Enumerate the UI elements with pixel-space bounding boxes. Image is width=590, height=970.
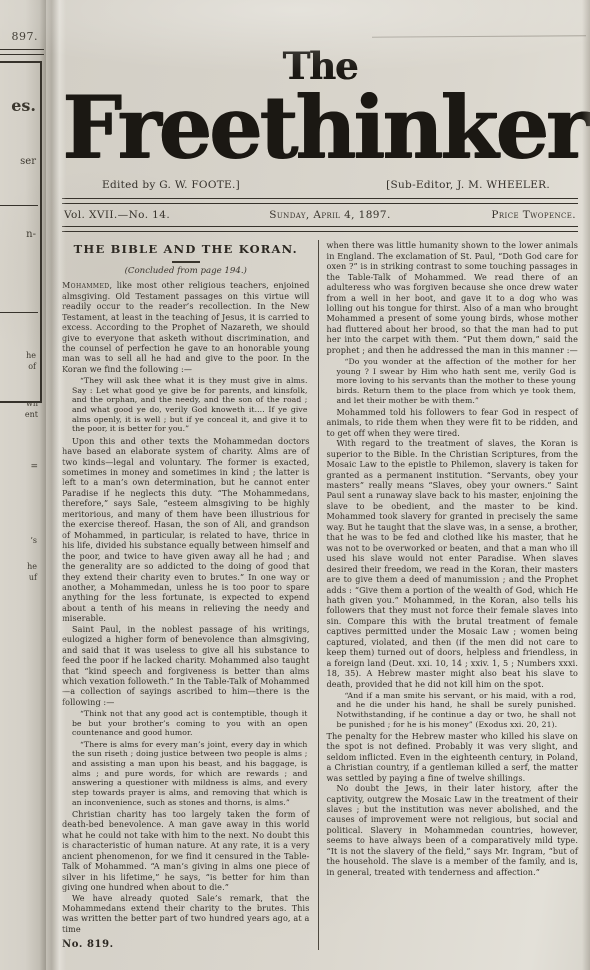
prev-page-fragment: wn	[26, 400, 38, 408]
paragraph: Saint Paul, in the noblest passage of hi…	[62, 624, 310, 708]
lead-word: Mohammed	[62, 280, 109, 290]
prev-page-fragment: he	[27, 563, 37, 571]
dateline-rule	[62, 226, 578, 232]
editors-line: Edited by G. W. FOOTE.] [Sub-Editor, J. …	[102, 179, 550, 191]
paragraph: Mohammed told his followers to fear God …	[327, 407, 579, 438]
paragraph: With regard to the treatment of slaves, …	[327, 438, 579, 689]
edited-by: Edited by G. W. FOOTE.]	[102, 179, 240, 191]
prev-page-fragment: of	[28, 363, 36, 371]
left-column-wrapper: THE BIBLE AND THE KORAN. (Concluded from…	[62, 240, 310, 950]
prev-page-fragment: uf	[29, 574, 37, 582]
volume-number: Vol. XVII.—No. 14.	[64, 209, 214, 221]
blockquote: “Do you wonder at the affection of the m…	[337, 357, 577, 406]
blockquote: “Think not that any good act is contempt…	[72, 709, 308, 738]
prev-page-fragment: ser	[20, 157, 36, 167]
article-subtitle: (Concluded from page 194.)	[62, 266, 310, 276]
right-column-wrapper: when there was little humanity shown to …	[318, 240, 579, 950]
masthead: The Freethinker Edited by G. W. FOOTE.] …	[62, 48, 578, 191]
masthead-rule	[62, 198, 578, 204]
paragraph: Upon this and other texts the Mohammedan…	[62, 436, 310, 624]
sub-editor: [Sub-Editor, J. M. WHEELER.	[386, 179, 550, 191]
paragraph: The penalty for the Hebrew master who ki…	[327, 731, 579, 783]
prev-page-fragment: ent	[25, 411, 38, 419]
paragraph: when there was little humanity shown to …	[327, 240, 579, 355]
issue-date: Sunday, April 4, 1897.	[214, 209, 446, 221]
prev-page-box-divider	[0, 205, 38, 206]
blockquote: “There is alms for every man’s joint, ev…	[72, 740, 308, 808]
prev-page-fragment: =	[30, 463, 38, 472]
prev-page-fragment: ’s	[30, 537, 37, 545]
prev-page-box-divider	[0, 312, 38, 313]
prev-page-fragment: he	[26, 352, 36, 360]
paragraph: No doubt the Jews, in their later histor…	[327, 783, 579, 877]
paragraph: Christian charity has too largely taken …	[62, 809, 310, 893]
issue-number: No. 819.	[62, 939, 310, 950]
prev-page-fragment: 897.	[12, 31, 39, 42]
paragraph: Mohammed, like most other religious teac…	[62, 280, 310, 374]
article-columns: THE BIBLE AND THE KORAN. (Concluded from…	[62, 240, 578, 950]
right-column: when there was little humanity shown to …	[327, 240, 579, 877]
blockquote: “And if a man smite his servant, or his …	[337, 691, 577, 730]
prev-page-fragment: n-	[26, 230, 36, 240]
dateline: Vol. XVII.—No. 14. Sunday, April 4, 1897…	[64, 209, 576, 221]
title-rule	[172, 261, 200, 263]
left-column: Mohammed, like most other religious teac…	[62, 280, 310, 934]
price: Price Twopence.	[446, 209, 576, 221]
blockquote: “They will ask thee what it is they must…	[72, 376, 308, 434]
prev-page-edge: 897. es. ser n- he of wn ent = ’s he uf	[0, 0, 46, 970]
article-title: THE BIBLE AND THE KORAN.	[62, 242, 310, 256]
newspaper-page: The Freethinker Edited by G. W. FOOTE.] …	[46, 0, 590, 970]
prev-page-fragment: es.	[11, 98, 36, 114]
paragraph: We have already quoted Sale’s remark, th…	[62, 893, 310, 935]
scanned-page: 897. es. ser n- he of wn ent = ’s he uf …	[0, 0, 590, 970]
newspaper-title: Freethinker	[62, 86, 578, 170]
prev-page-rule	[0, 49, 44, 55]
